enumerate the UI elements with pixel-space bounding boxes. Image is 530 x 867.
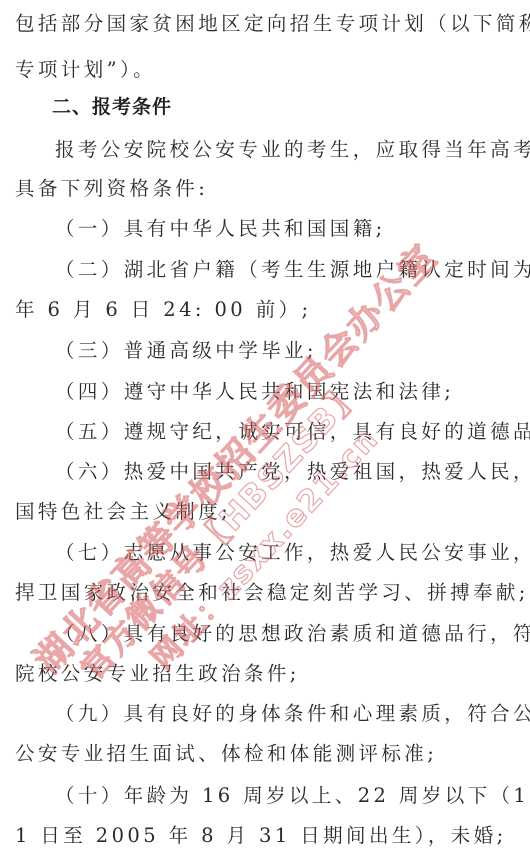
condition-1: （一）具有中华人民共和国国籍; [55, 217, 530, 241]
paragraph-intro-cont: 具备下列资格条件: [15, 177, 515, 201]
condition-2-cont: 年 6 月 6 日 24: 00 前）; [15, 298, 515, 322]
condition-7-cont: 捍卫国家政治安全和社会稳定刻苦学习、拼搏奉献; [15, 581, 515, 605]
paragraph-intro: 报考公安院校公安专业的考生，应取得当年高考资格， [55, 138, 530, 162]
condition-9: （九）具有良好的身体条件和心理素质，符合公安院校 [55, 702, 530, 726]
condition-8: （八）具有良好的思想政治素质和道德品行，符合公安 [55, 622, 530, 646]
condition-7: （七）志愿从事公安工作，热爱人民公安事业，立志为 [55, 541, 530, 565]
condition-4: （四）遵守中华人民共和国宪法和法律; [55, 380, 530, 404]
condition-8-cont: 院校公安专业招生政治条件; [15, 662, 515, 686]
condition-5: （五）遵规守纪，诚实可信，具有良好的道德品行; [55, 420, 530, 444]
condition-6-cont: 国特色社会主义制度; [15, 500, 515, 524]
condition-3: （三）普通高级中学毕业; [55, 339, 530, 363]
condition-9-cont: 公安专业招生面试、体检和体能测评标准; [15, 742, 515, 766]
condition-6: （六）热爱中国共产党，热爱祖国，热爱人民，热爱中 [55, 460, 530, 484]
text-line-1: 包括部分国家贫困地区定向招生专项计划（以下简称“国家 [15, 12, 515, 36]
section-heading: 二、报考条件 [52, 95, 530, 119]
condition-10: （十）年龄为 16 周岁以上、22 周岁以下（1999 年 9 月 [55, 784, 530, 808]
condition-2: （二）湖北省户籍（考生生源地户籍认定时间为 2021 [55, 258, 530, 282]
text-line-2: 专项计划”）。 [15, 58, 515, 82]
condition-10-cont: 1 日至 2005 年 8 月 31 日期间出生），未婚; [15, 824, 515, 848]
document-page: 包括部分国家贫困地区定向招生专项计划（以下简称“国家 专项计划”）。 二、报考条… [0, 0, 530, 867]
